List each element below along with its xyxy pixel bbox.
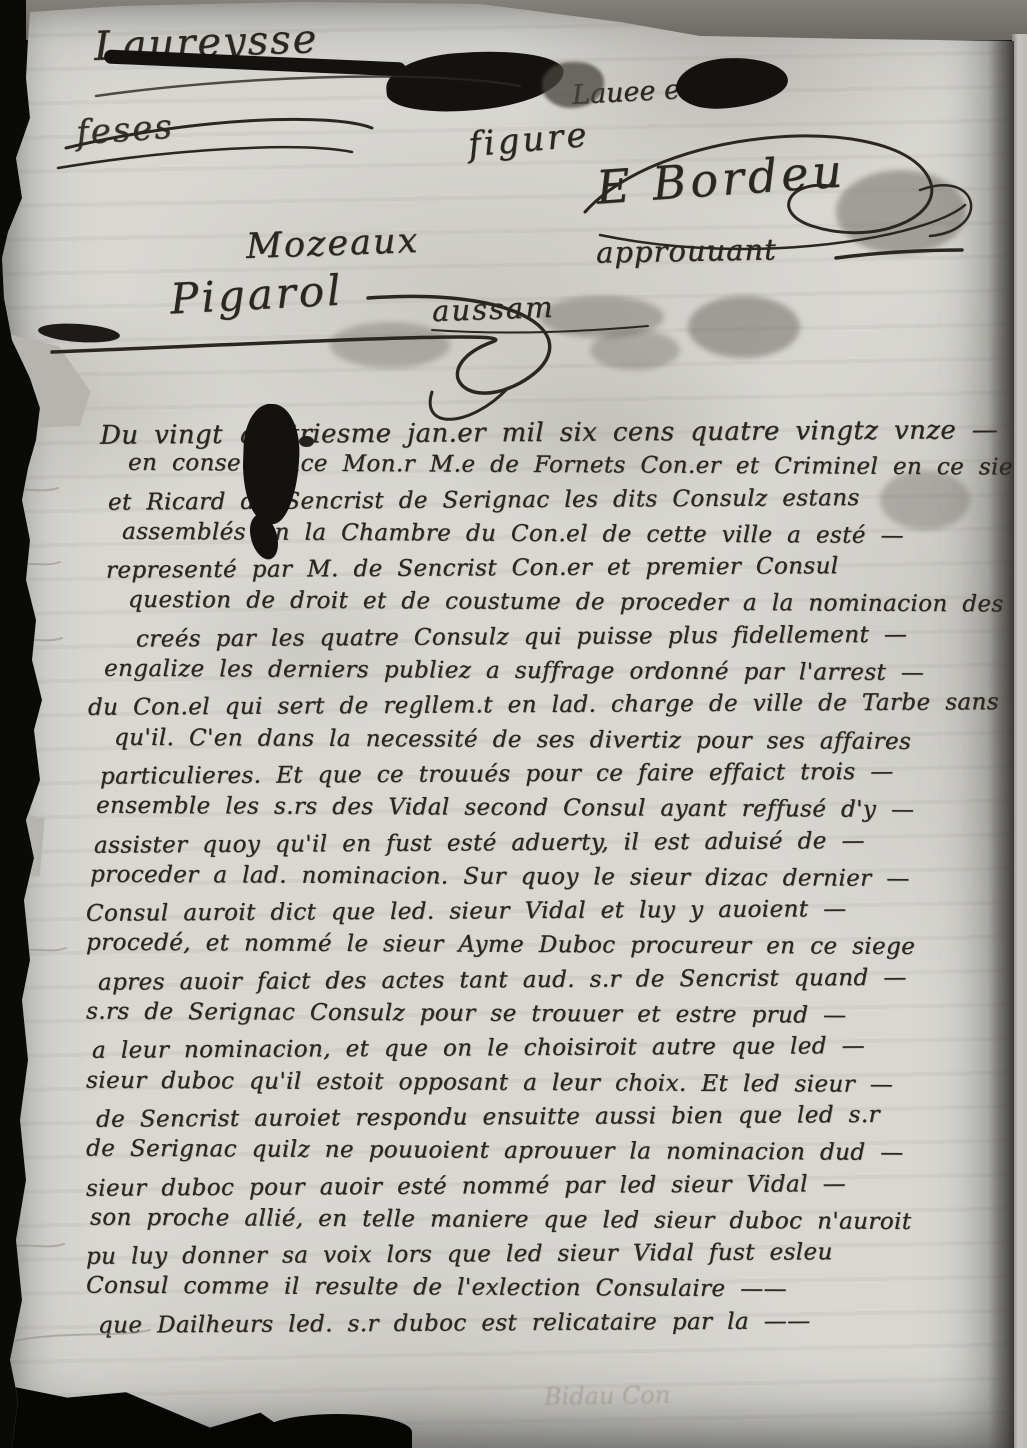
manuscript-scan: Laureysse feses Lauee en 3 figure E Bord…	[0, 0, 1027, 1448]
manuscript-body: Du vingt quatriesme jan.er mil six cens …	[86, 418, 998, 1344]
manuscript-line: assister quoy qu'il en fust esté aduerty…	[86, 827, 998, 867]
marginal-scribble: feses	[75, 107, 175, 154]
torn-edge-flap	[6, 808, 48, 882]
page-crease	[988, 36, 1014, 1448]
manuscript-line: particulieres. Et que ce trouués pour ce…	[86, 758, 998, 798]
manuscript-line: sieur duboc qu'il estoit opposant a leur…	[86, 1067, 998, 1106]
annotation-aussam: aussam	[431, 290, 555, 328]
manuscript-line: Consul auroit dict que led. sieur Vidal …	[86, 895, 998, 935]
manuscript-line: a leur nominacion, et que on le choisiro…	[86, 1033, 998, 1073]
ink-smudge	[836, 170, 966, 254]
book-gutter-edge	[1012, 34, 1027, 1448]
ink-smudge	[688, 296, 800, 358]
ink-smudge	[590, 330, 680, 370]
manuscript-line: et Ricard de Sencrist de Serignac les di…	[86, 484, 998, 524]
ink-blot	[384, 46, 566, 116]
manuscript-line: de Sencrist auroiet respondu ensuitte au…	[86, 1101, 998, 1141]
manuscript-line: que Dailheurs led. s.r duboc est relicat…	[86, 1307, 998, 1347]
ink-smudge	[330, 322, 450, 368]
manuscript-line: s.rs de Serignac Consulz pour se trouuer…	[86, 999, 998, 1038]
signature-bordeu: E Bordeu	[594, 143, 847, 214]
manuscript-line: procedé, et nommé le sieur Ayme Duboc pr…	[86, 930, 998, 969]
manuscript-line: creés par les quatre Consulz qui puisse …	[86, 621, 998, 661]
torn-edge-flap	[6, 328, 94, 430]
manuscript-line: de Serignac quilz ne pouuoient aprouuer …	[86, 1136, 998, 1175]
signature-mozeaux: Mozeaux	[245, 221, 420, 267]
manuscript-line: representé par M. de Sencrist Con.er et …	[86, 552, 998, 592]
manuscript-line: proceder a lad. nominacion. Sur quoy le …	[86, 861, 998, 900]
manuscript-line: assemblés en la Chambre du Con.el de cet…	[86, 519, 998, 558]
ink-blot	[675, 55, 789, 111]
manuscript-line: pu luy donner sa voix lors que led sieur…	[86, 1238, 998, 1278]
manuscript-line: apres auoir faict des actes tant aud. s.…	[86, 964, 998, 1004]
manuscript-line: Consul comme il resulte de l'exlection C…	[86, 1273, 998, 1312]
ink-blot	[299, 436, 314, 447]
annotation-approuuant: approuuant	[596, 232, 777, 269]
manuscript-line: du Con.el qui sert de regllem.t en lad. …	[86, 690, 998, 730]
manuscript-line: ensemble les s.rs des Vidal second Consu…	[86, 793, 998, 832]
manuscript-line: qu'il. C'en dans la necessité de ses div…	[86, 724, 998, 763]
manuscript-line: sieur duboc pour auoir esté nommé par le…	[86, 1170, 998, 1210]
manuscript-line: engalize les derniers publiez a suffrage…	[86, 656, 998, 695]
bleedthrough-text: Bidau Con	[544, 1381, 671, 1411]
annotation-figure: figure	[466, 115, 591, 165]
manuscript-line: en consequence Mon.r M.e de Fornets Con.…	[86, 450, 998, 489]
manuscript-line: question de droit et de coustume de proc…	[86, 587, 998, 626]
manuscript-line: son proche allié, en telle maniere que l…	[86, 1204, 998, 1243]
manuscript-page: Laureysse feses Lauee en 3 figure E Bord…	[0, 0, 1014, 1448]
scan-corner-shadow	[262, 1414, 412, 1448]
signature-pigarol: Pigarol	[169, 265, 345, 323]
ink-blot	[37, 321, 120, 345]
manuscript-line: Du vingt quatriesme jan.er mil six cens …	[86, 415, 998, 455]
